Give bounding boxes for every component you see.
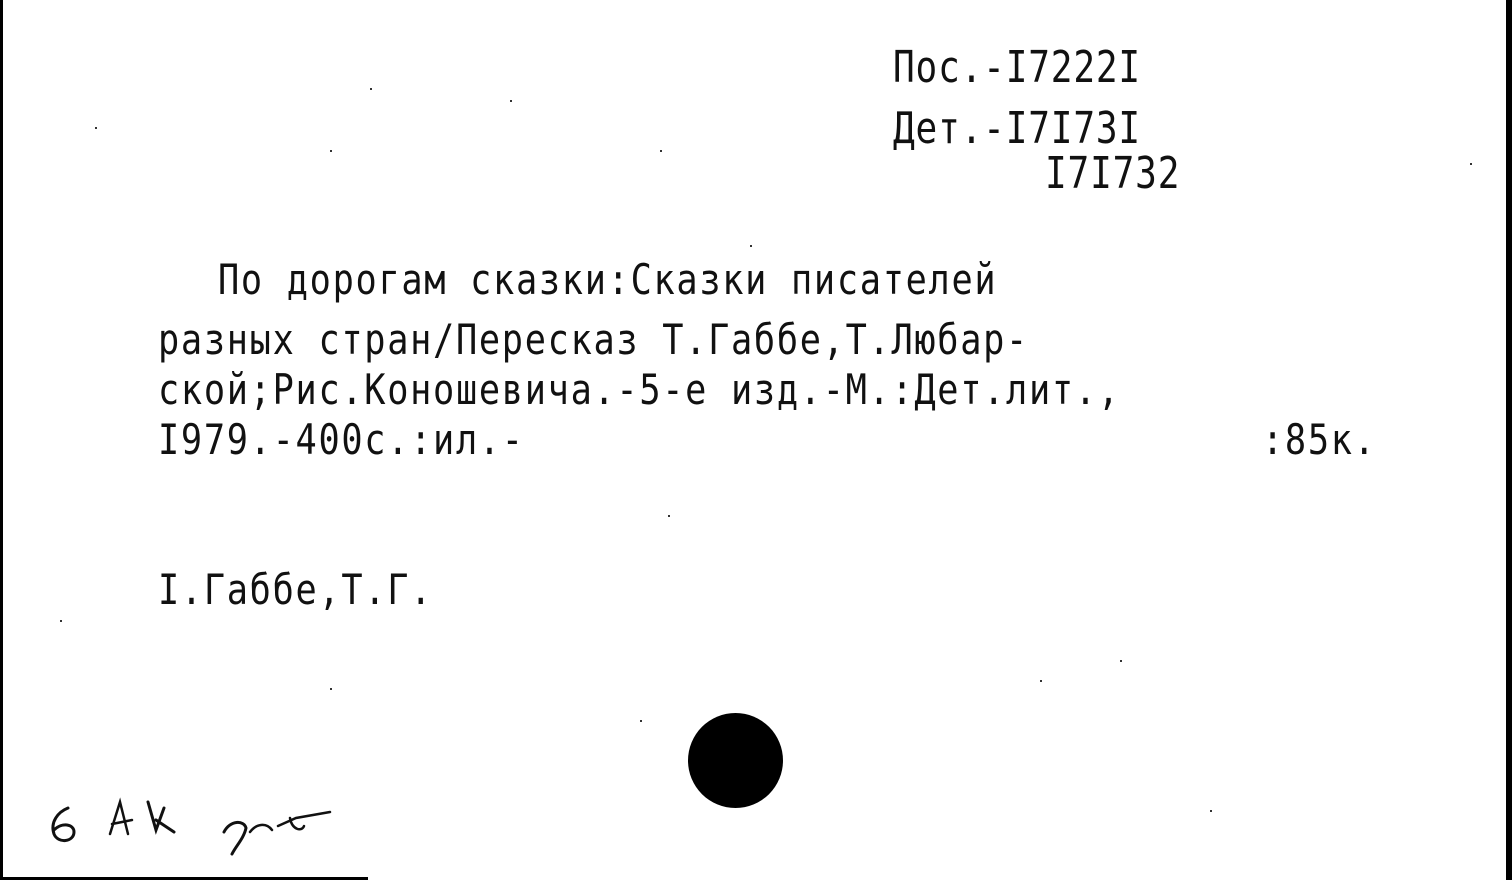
- scan-speck: [668, 515, 670, 517]
- scan-speck: [370, 88, 372, 90]
- scan-speck: [510, 100, 512, 102]
- scan-speck: [330, 150, 332, 152]
- scan-speck: [60, 620, 62, 622]
- title-line-4: I979.-400с.:ил.-: [158, 415, 525, 464]
- title-line-1: По дорогам сказки:Сказки писателей: [218, 255, 997, 304]
- catalog-card: Пос.-I7222I Дет.-I7I73I I7I732 По дорога…: [0, 0, 1512, 880]
- handwritten-note: [40, 790, 380, 860]
- scan-speck: [1210, 810, 1212, 812]
- scan-speck: [1470, 163, 1472, 165]
- scan-speck: [95, 127, 97, 129]
- scan-speck: [1120, 660, 1122, 662]
- scan-speck: [660, 150, 662, 152]
- call-number-line-3: I7I732: [1045, 148, 1180, 199]
- card-edge-left: [0, 0, 3, 880]
- added-entry: I.Габбе,Т.Г.: [158, 565, 433, 614]
- scan-speck: [1040, 680, 1042, 682]
- scan-speck: [640, 720, 642, 722]
- title-line-3: ской;Рис.Коношевича.-5-е изд.-М.:Дет.лит…: [158, 365, 1121, 414]
- scan-speck: [750, 245, 752, 247]
- call-number-line-1: Пос.-I7222I: [893, 42, 1141, 93]
- punch-hole: [688, 713, 783, 808]
- call-number-line-2: Дет.-I7I73I: [893, 103, 1141, 154]
- scan-speck: [330, 688, 332, 690]
- price: :85к.: [1262, 415, 1377, 464]
- card-edge-right: [1506, 0, 1512, 880]
- title-line-2: разных стран/Пересказ Т.Габбе,Т.Любар-: [158, 315, 1029, 364]
